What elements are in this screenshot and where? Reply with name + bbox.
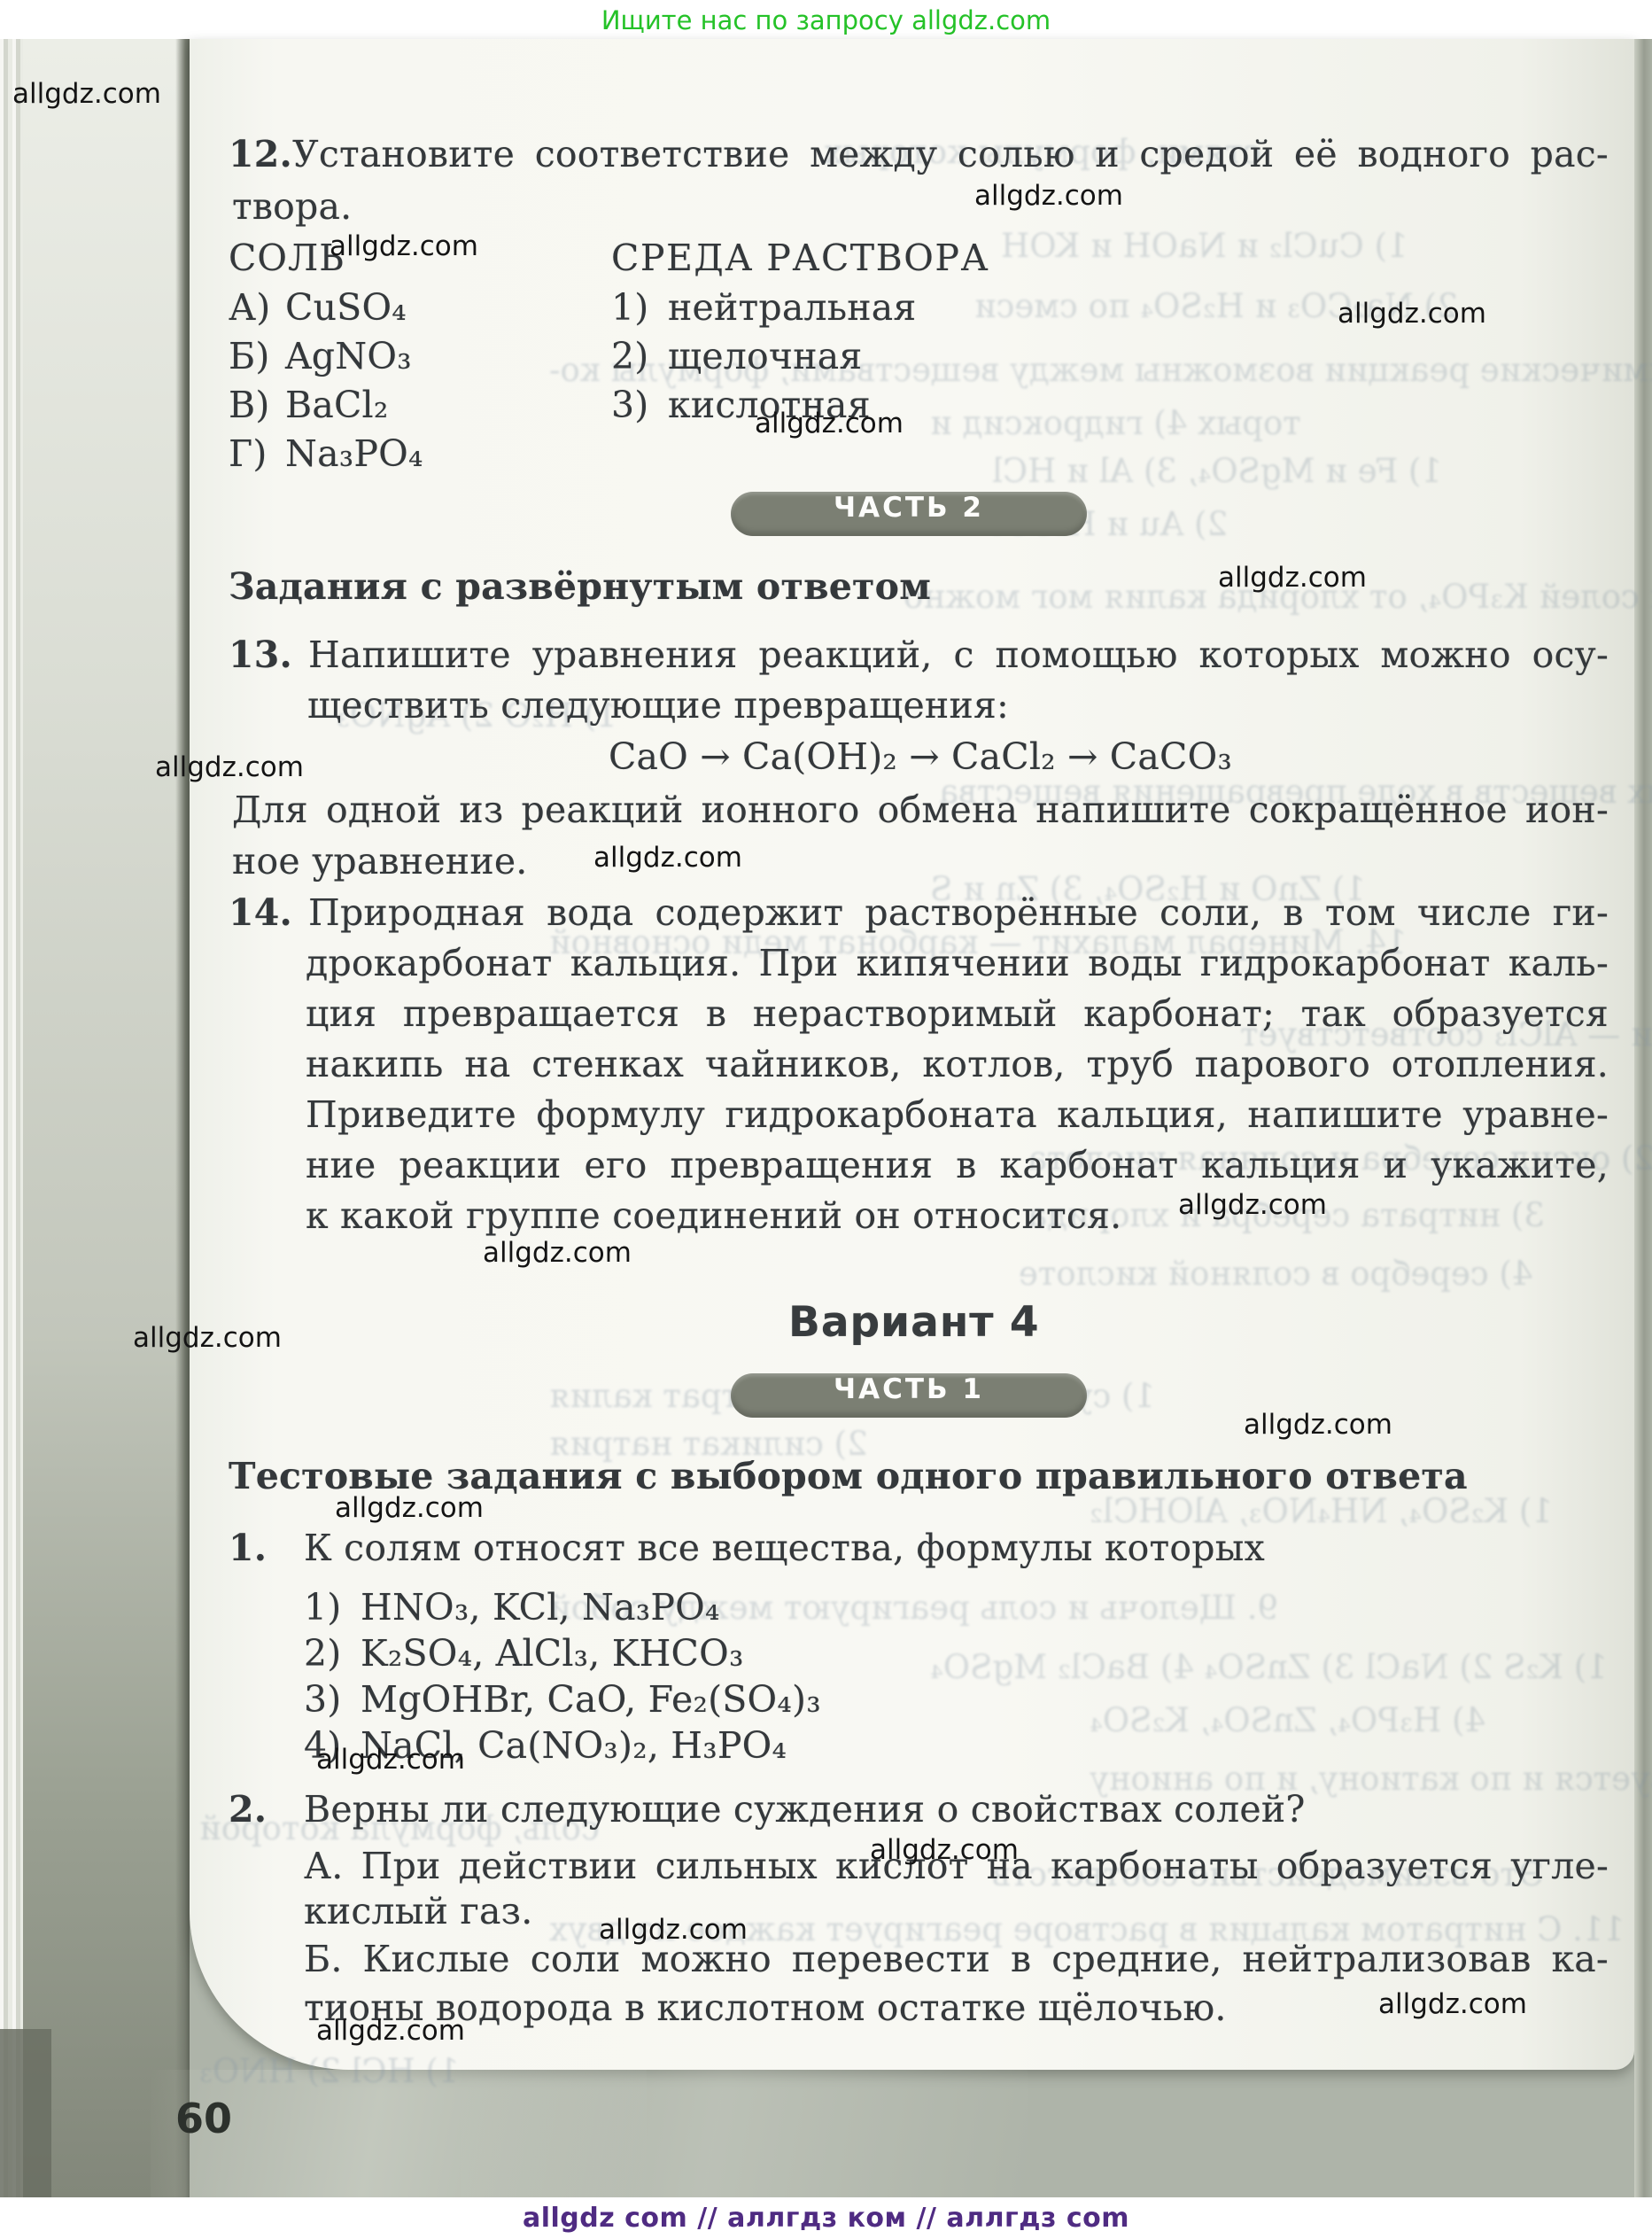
watermark: allgdz.com xyxy=(755,408,904,439)
q2-number: 2. xyxy=(229,1788,267,1831)
adjacent-page-edge xyxy=(0,39,190,2197)
match-left-formula: AgNO₃ xyxy=(285,335,412,377)
footer-sites-link[interactable]: allgdz com // аллгдз ком // аллгдз com xyxy=(523,2203,1129,2234)
q2-intro: Верны ли следующие суждения о свойствах … xyxy=(304,1788,1306,1831)
match-left-key: Б) xyxy=(229,335,285,377)
watermark: allgdz.com xyxy=(133,1322,282,1354)
q13-equation: CaO → Ca(OH)₂ → CaCl₂ → CaCO₃ xyxy=(232,735,1609,778)
q1-option: 2)K₂SO₄, AlCl₃, KHCO₃ xyxy=(304,1632,744,1675)
q13-number: 13. xyxy=(229,634,292,676)
q1-text: К солям относят все вещества, формулы ко… xyxy=(304,1527,1265,1569)
match-left-title: СОЛЬ xyxy=(229,237,345,279)
bleedthrough-text: 1) Fe и MgSO₄, 3) Al и HCl xyxy=(992,452,1442,490)
bleedthrough-text: 4) H₃PO₄, ZnSO₄, K₂SO₄ xyxy=(1090,1701,1485,1739)
watermark: allgdz.com xyxy=(12,78,161,110)
q12-number: 12. xyxy=(229,133,292,175)
watermark: allgdz.com xyxy=(335,1492,484,1524)
desk-light-streak xyxy=(461,2070,1028,2197)
match-left-formula: CuSO₄ xyxy=(285,286,407,329)
variant-heading: Вариант 4 xyxy=(788,1298,1040,1347)
q13-line4: ное уравнение. xyxy=(232,840,528,882)
watermark: allgdz.com xyxy=(599,1914,748,1946)
q1-option-formula: HNO₃, KCl, Na₃PO₄ xyxy=(361,1586,720,1629)
watermark: allgdz.com xyxy=(593,842,742,874)
q1-option-key: 2) xyxy=(304,1632,361,1675)
bleedthrough-text: 1) K₂SO₄, NH₄NO₃, AlOHCl₂ xyxy=(1090,1492,1553,1530)
q1-option-key: 3) xyxy=(304,1678,361,1721)
match-left-key: В) xyxy=(229,384,285,426)
bleedthrough-text: 4) серебро в соляной кислоте xyxy=(1019,1255,1532,1293)
promo-link[interactable]: Ищите нас по запросу allgdz.com xyxy=(601,5,1051,35)
watermark: allgdz.com xyxy=(870,1834,1019,1866)
match-left-row: В)BaCl₂ xyxy=(229,384,389,426)
part2-banner: ЧАСТЬ 2 xyxy=(731,492,1087,536)
q14-line: к какой группе соединений он относится. xyxy=(306,1194,1121,1237)
match-right-key: 1) xyxy=(611,286,668,329)
bleedthrough-text: 1) CuCl₂ и NaOH и KOH xyxy=(1001,227,1408,265)
match-right-title: СРЕДА РАСТВОРА xyxy=(611,237,989,279)
watermark: allgdz.com xyxy=(155,751,304,783)
q1-number: 1. xyxy=(229,1527,267,1569)
q1-option-formula: MgOHBr, CaO, Fe₂(SO₄)₃ xyxy=(361,1678,821,1721)
match-right-label: щелочная xyxy=(668,335,862,377)
match-left-row: Г)Na₃PO₄ xyxy=(229,432,423,475)
match-left-row: А)CuSO₄ xyxy=(229,286,407,329)
watermark: allgdz.com xyxy=(1338,298,1486,330)
match-right-key: 2) xyxy=(611,335,668,377)
watermark: allgdz.com xyxy=(1178,1189,1327,1221)
match-left-key: А) xyxy=(229,286,285,329)
q14-number: 14. xyxy=(229,891,292,934)
q1-option: 1)HNO₃, KCl, Na₃PO₄ xyxy=(304,1586,720,1629)
watermark: allgdz.com xyxy=(316,2015,465,2047)
match-left-formula: Na₃PO₄ xyxy=(285,432,423,475)
watermark: allgdz.com xyxy=(316,1744,465,1776)
watermark: allgdz.com xyxy=(483,1237,632,1269)
part2-heading: Задания с развёрнутым ответом xyxy=(229,565,931,608)
q1-option: 3)MgOHBr, CaO, Fe₂(SO₄)₃ xyxy=(304,1678,821,1721)
watermark: allgdz.com xyxy=(330,230,478,262)
q1-option-key: 1) xyxy=(304,1586,361,1629)
part1-banner: ЧАСТЬ 1 xyxy=(731,1373,1087,1418)
watermark: allgdz.com xyxy=(1378,1988,1527,2020)
book-cover-edge xyxy=(0,2029,51,2197)
match-left-row: Б)AgNO₃ xyxy=(229,335,412,377)
promo-bar: Ищите нас по запросу allgdz.com xyxy=(0,0,1652,39)
watermark: allgdz.com xyxy=(974,180,1123,212)
match-right-row: 1)нейтральная xyxy=(611,286,917,329)
match-left-key: Г) xyxy=(229,432,285,475)
q1-option-formula: K₂SO₄, AlCl₃, KHCO₃ xyxy=(361,1632,744,1675)
bleedthrough-text: 1) K₂S 2) NaCl 3) ZnSO₄ 4) BaCl₂ MgSO₄ xyxy=(930,1648,1608,1686)
match-right-row: 2)щелочная xyxy=(611,335,862,377)
footer-bar: allgdz com // аллгдз ком // аллгдз com xyxy=(0,2197,1652,2239)
match-right-key: 3) xyxy=(611,384,668,426)
page-number: 60 xyxy=(175,2095,232,2142)
q2-statement-a-cont: кислый газ. xyxy=(304,1890,532,1932)
match-right-label: нейтральная xyxy=(668,286,917,329)
bleedthrough-text: 1) HCl 2) HNO₃ xyxy=(199,2052,459,2090)
watermark: allgdz.com xyxy=(1218,562,1367,594)
q12-line2: твора. xyxy=(232,185,352,228)
watermark: allgdz.com xyxy=(1244,1409,1392,1441)
q13-line2: ществить следующие превращения: xyxy=(307,684,1009,727)
part1-heading: Тестовые задания с выбором одного правил… xyxy=(229,1455,1468,1497)
match-left-formula: BaCl₂ xyxy=(285,384,389,426)
bleedthrough-text: торых 4) гидроксид и xyxy=(930,404,1301,442)
q12-line1: Установите соответствие между солью и ср… xyxy=(292,133,1609,218)
